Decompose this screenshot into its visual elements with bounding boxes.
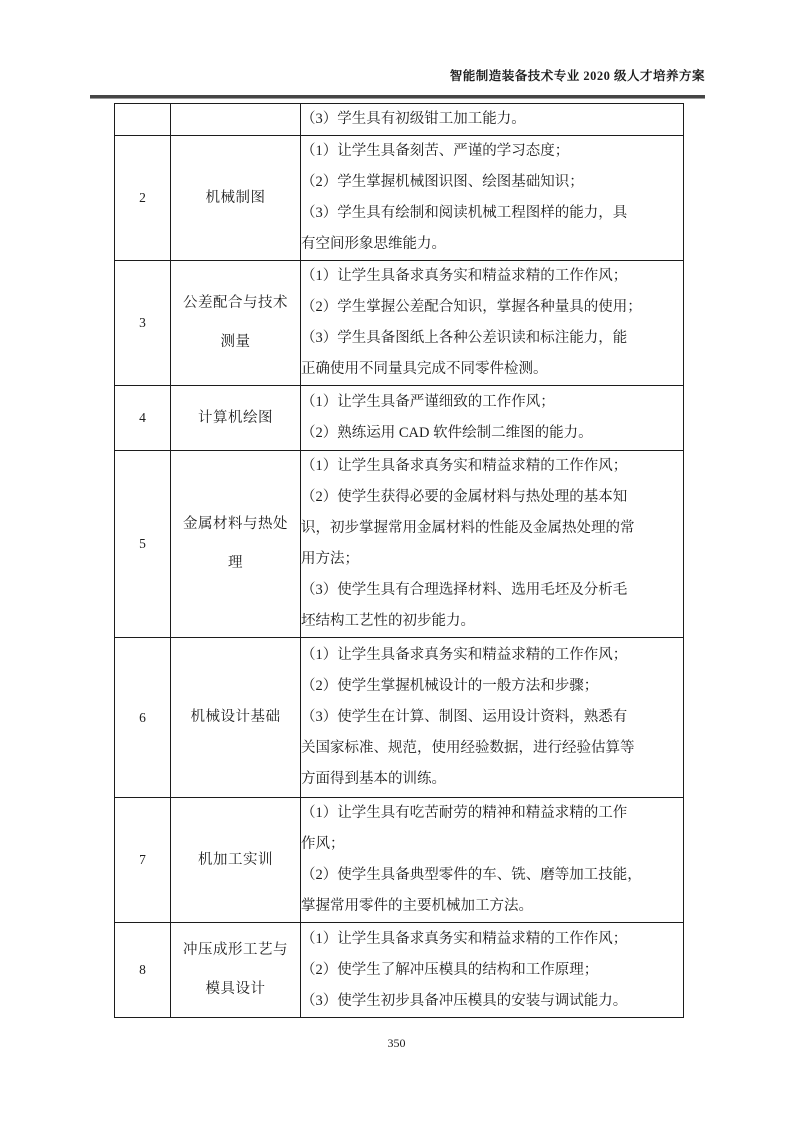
- objective-item: （2）使学生掌握机械设计的一般方法和步骤；: [301, 671, 683, 702]
- objective-item: （3）学生具有初级钳工加工能力。: [301, 104, 683, 135]
- objectives-cell: （1）让学生具备严谨细致的工作作风； （2）熟练运用 CAD 软件绘制二维图的能…: [301, 386, 684, 451]
- objectives-cell: （1）让学生具备求真务实和精益求精的工作作风； （2）学生掌握公差配合知识，掌握…: [301, 261, 684, 386]
- table-row: 7 机加工实训 （1）让学生具有吃苦耐劳的精神和精益求精的工作 作风； （2）使…: [115, 798, 684, 923]
- objective-item: （2）使学生获得必要的金属材料与热处理的基本知 识，初步掌握常用金属材料的性能及…: [301, 482, 683, 575]
- objectives-cell: （1）让学生具备求真务实和精益求精的工作作风； （2）使学生掌握机械设计的一般方…: [301, 638, 684, 798]
- course-name-cell: 金属材料与热处 理: [171, 451, 301, 638]
- row-number-cell: 8: [115, 923, 171, 1018]
- objectives-cell: （1）让学生具备求真务实和精益求精的工作作风； （2）使学生获得必要的金属材料与…: [301, 451, 684, 638]
- row-number-cell: 5: [115, 451, 171, 638]
- objectives-cell: （3）学生具有初级钳工加工能力。: [301, 104, 684, 136]
- row-number-cell: [115, 104, 171, 136]
- objectives-cell: （1）让学生具有吃苦耐劳的精神和精益求精的工作 作风； （2）使学生具备典型零件…: [301, 798, 684, 923]
- course-name-cell: [171, 104, 301, 136]
- objective-item: （3）学生具备图纸上各种公差识读和标注能力，能 正确使用不同量具完成不同零件检测…: [301, 323, 683, 385]
- row-number-cell: 3: [115, 261, 171, 386]
- footer-page-number: 350: [0, 1036, 793, 1051]
- objective-item: （1）让学生具备刻苦、严谨的学习态度；: [301, 136, 683, 167]
- objective-item: （1）让学生具备求真务实和精益求精的工作作风；: [301, 451, 683, 482]
- course-name-cell: 机加工实训: [171, 798, 301, 923]
- objective-item: （3）使学生在计算、制图、运用设计资料，熟悉有 关国家标准、规范，使用经验数据，…: [301, 702, 683, 795]
- course-name-cell: 计算机绘图: [171, 386, 301, 451]
- objective-item: （1）让学生具备求真务实和精益求精的工作作风；: [301, 924, 683, 955]
- table-row: 8 冲压成形工艺与 模具设计 （1）让学生具备求真务实和精益求精的工作作风； （…: [115, 923, 684, 1018]
- objective-item: （2）使学生了解冲压模具的结构和工作原理；: [301, 955, 683, 986]
- table-row: （3）学生具有初级钳工加工能力。: [115, 104, 684, 136]
- course-objectives-table: （3）学生具有初级钳工加工能力。 2 机械制图 （1）让学生具备刻苦、严谨的学习…: [114, 103, 684, 1018]
- course-name-cell: 机械设计基础: [171, 638, 301, 798]
- objective-item: （2）使学生具备典型零件的车、铣、磨等加工技能， 掌握常用零件的主要机械加工方法…: [301, 860, 683, 922]
- objective-item: （3）使学生初步具备冲压模具的安装与调试能力。: [301, 986, 683, 1017]
- page-header-title: 智能制造装备技术专业 2020 级人才培养方案: [90, 66, 705, 84]
- table-row: 5 金属材料与热处 理 （1）让学生具备求真务实和精益求精的工作作风； （2）使…: [115, 451, 684, 638]
- objective-item: （1）让学生具有吃苦耐劳的精神和精益求精的工作 作风；: [301, 798, 683, 860]
- row-number-cell: 7: [115, 798, 171, 923]
- table-row: 2 机械制图 （1）让学生具备刻苦、严谨的学习态度； （2）学生掌握机械图识图、…: [115, 136, 684, 261]
- row-number-cell: 6: [115, 638, 171, 798]
- course-name-cell: 公差配合与技术 测量: [171, 261, 301, 386]
- document-page: 智能制造装备技术专业 2020 级人才培养方案 （3）学生具有初级钳工加工能力。…: [0, 0, 793, 1122]
- objective-item: （3）学生具有绘制和阅读机械工程图样的能力，具 有空间形象思维能力。: [301, 198, 683, 260]
- row-number-cell: 2: [115, 136, 171, 261]
- table-row: 3 公差配合与技术 测量 （1）让学生具备求真务实和精益求精的工作作风； （2）…: [115, 261, 684, 386]
- table-row: 4 计算机绘图 （1）让学生具备严谨细致的工作作风； （2）熟练运用 CAD 软…: [115, 386, 684, 451]
- course-name-cell: 机械制图: [171, 136, 301, 261]
- table-row: 6 机械设计基础 （1）让学生具备求真务实和精益求精的工作作风； （2）使学生掌…: [115, 638, 684, 798]
- header-rule: [90, 95, 705, 99]
- objective-item: （2）熟练运用 CAD 软件绘制二维图的能力。: [301, 418, 683, 449]
- course-name-cell: 冲压成形工艺与 模具设计: [171, 923, 301, 1018]
- row-number-cell: 4: [115, 386, 171, 451]
- objective-item: （1）让学生具备求真务实和精益求精的工作作风；: [301, 261, 683, 292]
- objective-item: （1）让学生具备求真务实和精益求精的工作作风；: [301, 640, 683, 671]
- objectives-cell: （1）让学生具备求真务实和精益求精的工作作风； （2）使学生了解冲压模具的结构和…: [301, 923, 684, 1018]
- objective-item: （1）让学生具备严谨细致的工作作风；: [301, 387, 683, 418]
- objectives-cell: （1）让学生具备刻苦、严谨的学习态度； （2）学生掌握机械图识图、绘图基础知识；…: [301, 136, 684, 261]
- objective-item: （2）学生掌握机械图识图、绘图基础知识；: [301, 167, 683, 198]
- objective-item: （2）学生掌握公差配合知识，掌握各种量具的使用；: [301, 292, 683, 323]
- objective-item: （3）使学生具有合理选择材料、选用毛坯及分析毛 坯结构工艺性的初步能力。: [301, 575, 683, 637]
